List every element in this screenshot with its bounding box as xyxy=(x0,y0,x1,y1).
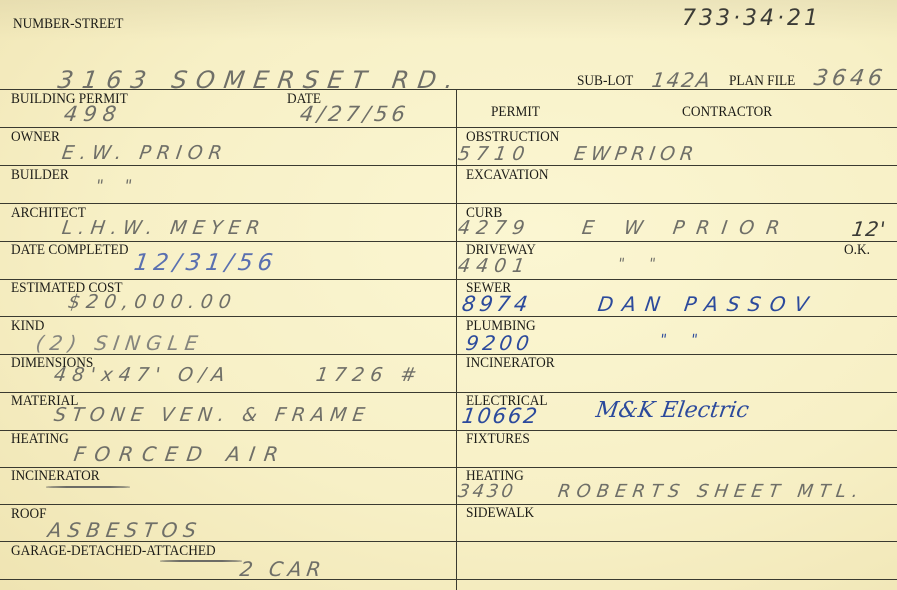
heating-contractor: ROBERTS SHEET MTL. xyxy=(557,483,865,501)
fixtures-label: FIXTURES xyxy=(466,432,530,447)
heating-label: HEATING xyxy=(11,432,69,447)
curb-permit: 4279 xyxy=(457,219,532,238)
owner-value: E.W. PRIOR xyxy=(61,144,229,163)
pencil-stroke xyxy=(160,560,242,562)
right-incinerator-label: INCINERATOR xyxy=(466,356,555,371)
builder-label: BUILDER xyxy=(11,168,69,183)
building-permit-card: 733·34·21 NUMBER-STREET 3163 SOMERSET RD… xyxy=(0,0,897,590)
contractor-column-header: CONTRACTOR xyxy=(682,105,772,120)
rule-line xyxy=(0,279,897,280)
plan-file-value: 3646 xyxy=(812,68,887,90)
square-footage-value: 1726 # xyxy=(315,366,424,385)
number-street-label: NUMBER-STREET xyxy=(13,17,123,32)
driveway-permit: 4401 xyxy=(457,257,532,276)
rule-line xyxy=(0,579,897,580)
rule-line xyxy=(0,392,897,393)
curb-note: 12' xyxy=(851,219,888,239)
owner-label: OWNER xyxy=(11,130,60,145)
excavation-label: EXCAVATION xyxy=(466,168,549,183)
rule-line xyxy=(0,504,897,505)
date-completed-label: DATE COMPLETED xyxy=(11,243,128,258)
plumbing-permit: 9200 xyxy=(465,333,535,353)
sewer-permit: 8974 xyxy=(461,294,533,315)
rule-line xyxy=(0,203,897,204)
driveway-note: O.K. xyxy=(844,243,870,258)
rule-line xyxy=(0,316,897,317)
date-completed-value: 12/31/56 xyxy=(132,252,279,275)
obstruction-permit: 5710 xyxy=(457,145,532,164)
building-permit-value: 498 xyxy=(63,104,124,125)
estimated-cost-value: $20,000.00 xyxy=(67,293,238,312)
obstruction-contractor: EWPRIOR xyxy=(573,145,700,164)
rule-line xyxy=(0,127,897,128)
kind-value: (2) SINGLE xyxy=(35,333,205,353)
roof-label: ROOF xyxy=(11,507,47,522)
sewer-contractor: DAN PASSOV xyxy=(597,294,819,314)
electrical-contractor: M&K Electric xyxy=(594,400,750,422)
rule-line xyxy=(0,241,897,242)
pencil-stroke xyxy=(46,486,130,488)
sub-lot-value: 142A xyxy=(651,70,714,90)
permit-column-header: PERMIT xyxy=(491,105,540,120)
dimensions-value: 48'x47' O/A xyxy=(53,366,232,385)
driveway-contractor: " " xyxy=(617,257,666,271)
heating-permit: 3430 xyxy=(457,483,517,501)
roof-value: ASBESTOS xyxy=(47,520,204,540)
date-value: 4/27/56 xyxy=(299,104,411,125)
garage-label: GARAGE-DETACHED-ATTACHED xyxy=(11,544,216,559)
file-number: 733·34·21 xyxy=(682,8,821,30)
electrical-permit: 10662 xyxy=(461,406,541,427)
builder-value: " " xyxy=(95,178,141,194)
sidewalk-label: SIDEWALK xyxy=(466,506,534,521)
plumbing-contractor: " " xyxy=(659,333,708,347)
curb-contractor: E W PRIOR xyxy=(581,219,793,238)
rule-line xyxy=(0,165,897,166)
garage-value: 2 CAR xyxy=(239,559,327,579)
sub-lot-label: SUB-LOT xyxy=(577,74,633,89)
material-value: STONE VEN. & FRAME xyxy=(53,406,372,425)
rule-line xyxy=(0,467,897,468)
heating-value: FORCED AIR xyxy=(73,444,289,464)
rule-line xyxy=(0,430,897,431)
incinerator-label: INCINERATOR xyxy=(11,469,100,484)
rule-line xyxy=(0,89,897,90)
plan-file-label: PLAN FILE xyxy=(729,74,795,89)
architect-value: L.H.W. MEYER xyxy=(61,219,267,238)
